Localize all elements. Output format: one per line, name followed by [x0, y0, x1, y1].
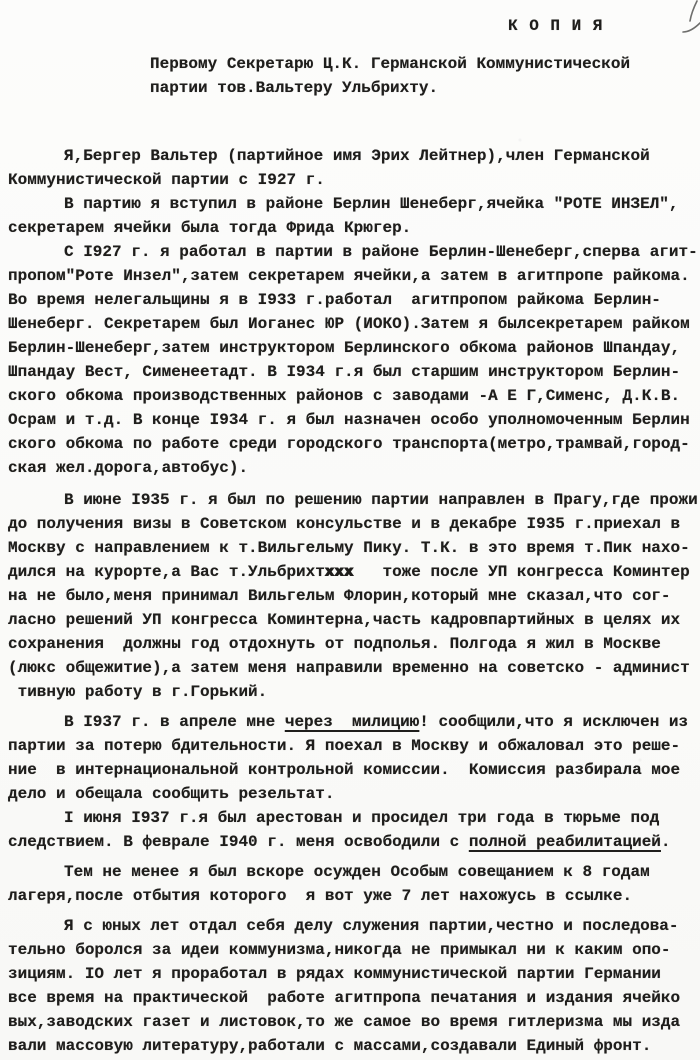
text-segment: В июне I935 г. я был по решению партии н…	[64, 491, 698, 509]
text-segment: Коммунистической партии с I927 г.	[8, 171, 325, 189]
text-line: С I927 г. я работал в партии в районе Бе…	[8, 240, 700, 264]
text-segment: секретарем ячейки была тогда Фрида Крюге…	[8, 219, 411, 237]
text-line: все время на практической работе агитпро…	[8, 986, 700, 1010]
text-segment: (люкс общежитие),а затем меня направили …	[8, 659, 690, 677]
text-segment: пропом"Роте Инзел",затем секретарем ячей…	[8, 267, 690, 285]
text-segment: следствием. В феврале I940 г. меня освоб…	[8, 833, 469, 851]
text-segment: В I937 г. в апреле мне	[64, 713, 285, 731]
text-segment: до получения визы в Советском консульств…	[8, 515, 680, 533]
text-line: Москву с направлением к т.Вильгельму Пик…	[8, 536, 700, 560]
text-line: Берлин-Шенеберг,затем инструктором Берли…	[8, 336, 700, 360]
address-block: Первому Секретарю Ц.К. Германской Коммун…	[150, 52, 700, 100]
text-line: Я,Бергер Вальтер (партийное имя Эрих Лей…	[8, 144, 700, 168]
text-segment: Осрам и т.д. В конце I934 г. я был назна…	[8, 411, 690, 429]
text-segment: тельно боролся за идеи коммунизма,никогд…	[8, 941, 671, 959]
text-line: до получения визы в Советском консульств…	[8, 512, 700, 536]
text-segment: ласно решений УП конгресса Коминтерна,ча…	[8, 611, 680, 629]
text-line: дело и обещала сообщить резельтат.	[8, 782, 700, 806]
text-segment: дился на курорте,а Вас т.Ульбрихт	[8, 563, 325, 581]
paragraph: Тем не менее я был вскоре осужден Особым…	[8, 860, 700, 908]
text-segment: дело и обещала сообщить резельтат.	[8, 785, 334, 803]
text-line: вых,заводских газет и листовок,то же сам…	[8, 1010, 700, 1034]
underlined-text: через милицию	[285, 713, 419, 731]
text-segment: С I927 г. я работал в партии в районе Бе…	[64, 243, 698, 261]
text-segment: ние в интернациональной контрольной коми…	[8, 761, 680, 779]
text-line: В партию я вступил в районе Берлин Шенеб…	[8, 192, 700, 216]
text-line: Осрам и т.д. В конце I934 г. я был назна…	[8, 408, 700, 432]
address-line: Первому Секретарю Ц.К. Германской Коммун…	[150, 52, 700, 76]
text-segment: ского обкома по работе среди городского …	[8, 435, 690, 453]
text-segment: все время на практической работе агитпро…	[8, 989, 680, 1007]
text-segment: Тем не менее я был вскоре осужден Особым…	[64, 863, 650, 881]
text-line: Во время нелегальщины я в I933 г.работал…	[8, 288, 700, 312]
text-line: вали массовую литературу,работали с масс…	[8, 1034, 700, 1058]
text-segment: Берлин-Шенеберг,затем инструктором Берли…	[8, 339, 680, 357]
paragraph: Я с юных лет отдал себя делу служения па…	[8, 914, 700, 1058]
text-line: Шенеберг. Секретарем был Иоганес ЮР (ИОК…	[8, 312, 700, 336]
text-segment: Во время нелегальщины я в I933 г.работал…	[8, 291, 661, 309]
text-line: В I937 г. в апреле мне через милицию! со…	[8, 710, 700, 734]
text-line: Я с юных лет отдал себя делу служения па…	[8, 914, 700, 938]
text-segment: ская жел.дорога,автобус).	[8, 459, 248, 477]
text-line: секретарем ячейки была тогда Фрида Крюге…	[8, 216, 700, 240]
text-line: на не было,меня принимал Вильгельм Флори…	[8, 584, 700, 608]
text-line: (люкс общежитие),а затем меня направили …	[8, 656, 700, 680]
text-segment: сохранения должны год отдохнуть от подпо…	[8, 635, 661, 653]
handwritten-pen-stroke	[640, 0, 700, 50]
text-segment: Шенеберг. Секретарем был Иоганес ЮР (ИОК…	[8, 315, 690, 333]
text-segment: зициям. IO лет я проработал в рядах комм…	[8, 965, 661, 983]
text-line: зициям. IO лет я проработал в рядах комм…	[8, 962, 700, 986]
document-body: Я,Бергер Вальтер (партийное имя Эрих Лей…	[8, 144, 700, 1058]
text-line: Коммунистической партии с I927 г.	[8, 168, 700, 192]
text-line: следствием. В феврале I940 г. меня освоб…	[8, 830, 700, 854]
text-segment: тоже после УП конгресса Коминтер	[354, 563, 690, 581]
text-segment: ! сообщили,что я исключен из	[419, 713, 688, 731]
paragraph: В июне I935 г. я был по решению партии н…	[8, 488, 700, 704]
paragraph: Я,Бергер Вальтер (партийное имя Эрих Лей…	[8, 144, 700, 192]
text-segment: партии за потерю бдительности. Я поехал …	[8, 737, 680, 755]
text-segment: Я,Бергер Вальтер (партийное имя Эрих Лей…	[64, 147, 650, 165]
text-segment: ского обкома производственных районов с …	[8, 387, 680, 405]
text-line: ского обкома по работе среди городского …	[8, 432, 700, 456]
underlined-text: полной реабилитацией	[469, 833, 661, 851]
text-segment: вали массовую литературу,работали с масс…	[8, 1037, 651, 1055]
text-segment: на не было,меня принимал Вильгельм Флори…	[8, 587, 671, 605]
text-line: тивную работу в г.Горький.	[8, 680, 700, 704]
text-line: сохранения должны год отдохнуть от подпо…	[8, 632, 700, 656]
text-line: ская жел.дорога,автобус).	[8, 456, 700, 480]
text-segment: В партию я вступил в районе Берлин Шенеб…	[64, 195, 679, 213]
text-segment: .	[661, 833, 671, 851]
document-page: К О П И Я Первому Секретарю Ц.К. Германс…	[0, 0, 700, 1060]
text-segment: Шпандау Вест, Сименеетадт. В I934 г.я бы…	[8, 363, 680, 381]
text-line: ласно решений УП конгресса Коминтерна,ча…	[8, 608, 700, 632]
text-line: Шпандау Вест, Сименеетадт. В I934 г.я бы…	[8, 360, 700, 384]
paragraph: С I927 г. я работал в партии в районе Бе…	[8, 240, 700, 480]
text-line: I июня I937 г.я был арестован и просидел…	[8, 806, 700, 830]
text-segment: тивную работу в г.Горький.	[8, 683, 267, 701]
text-line: партии за потерю бдительности. Я поехал …	[8, 734, 700, 758]
text-segment: Москву с направлением к т.Вильгельму Пик…	[8, 539, 690, 557]
paragraph: I июня I937 г.я был арестован и просидел…	[8, 806, 700, 854]
paragraph: В партию я вступил в районе Берлин Шенеб…	[8, 192, 700, 240]
text-line: пропом"Роте Инзел",затем секретарем ячей…	[8, 264, 700, 288]
text-line: тельно боролся за идеи коммунизма,никогд…	[8, 938, 700, 962]
text-line: ского обкома производственных районов с …	[8, 384, 700, 408]
address-line: партии тов.Вальтеру Ульбрихту.	[150, 76, 700, 100]
text-line: дился на курорте,а Вас т.Ульбрихтххх тож…	[8, 560, 700, 584]
text-segment: лагеря,после отбытия которого я вот уже …	[8, 887, 632, 905]
text-line: Тем не менее я был вскоре осужден Особым…	[8, 860, 700, 884]
text-segment: ххх	[325, 563, 354, 581]
text-line: ние в интернациональной контрольной коми…	[8, 758, 700, 782]
text-line: В июне I935 г. я был по решению партии н…	[8, 488, 700, 512]
text-line: лагеря,после отбытия которого я вот уже …	[8, 884, 700, 908]
text-segment: Я с юных лет отдал себя делу служения па…	[64, 917, 679, 935]
paragraph: В I937 г. в апреле мне через милицию! со…	[8, 710, 700, 806]
text-segment: I июня I937 г.я был арестован и просидел…	[64, 809, 659, 827]
text-segment: вых,заводских газет и листовок,то же сам…	[8, 1013, 680, 1031]
